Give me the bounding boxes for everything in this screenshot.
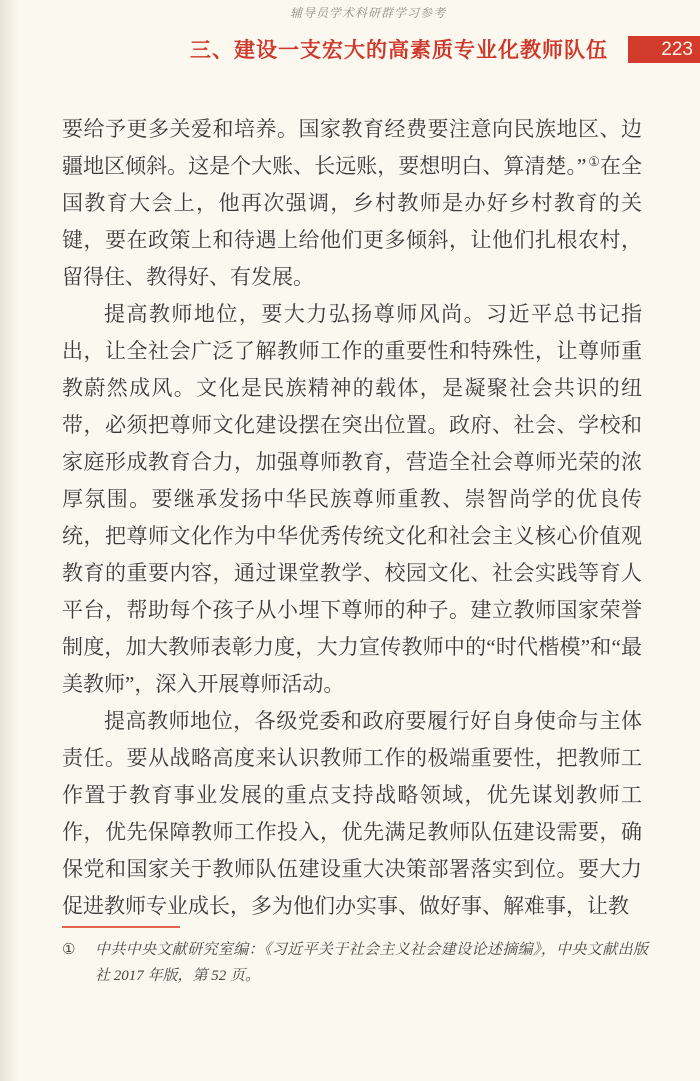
paragraph-3: 提高教师地位，各级党委和政府要履行好自身使命与主体责任。要从战略高度来认识教师工… (62, 703, 642, 925)
body-text: 要给予更多关爱和培养。国家教育经费要注意向民族地区、边疆地区倾斜。这是个大账、长… (62, 111, 642, 925)
footnote-separator-rule (62, 926, 180, 928)
paragraph-2: 提高教师地位，要大力弘扬尊师风尚。习近平总书记指出，让全社会广泛了解教师工作的重… (62, 296, 642, 703)
book-binding-shadow (0, 0, 18, 1081)
watermark-text: 辅导员学术科研群学习参考 (290, 4, 446, 21)
page-header: 三、建设一支宏大的高素质专业化教师队伍 223 (0, 35, 700, 63)
footnote-text: 中共中央文献研究室编：《习近平关于社会主义社会建设论述摘编》，中央文献出版社 2… (95, 937, 648, 989)
page-number-badge: 223 (628, 36, 700, 63)
footnote-reference-marker: ① (588, 154, 600, 169)
footnote: ① 中共中央文献研究室编：《习近平关于社会主义社会建设论述摘编》，中央文献出版社… (62, 937, 648, 989)
footnote-marker: ① (62, 937, 95, 989)
paragraph-1-before-ref: 要给予更多关爱和培养。国家教育经费要注意向民族地区、边疆地区倾斜。这是个大账、长… (62, 117, 642, 178)
chapter-title: 三、建设一支宏大的高素质专业化教师队伍 (190, 34, 608, 64)
paragraph-1: 要给予更多关爱和培养。国家教育经费要注意向民族地区、边疆地区倾斜。这是个大账、长… (62, 111, 642, 296)
